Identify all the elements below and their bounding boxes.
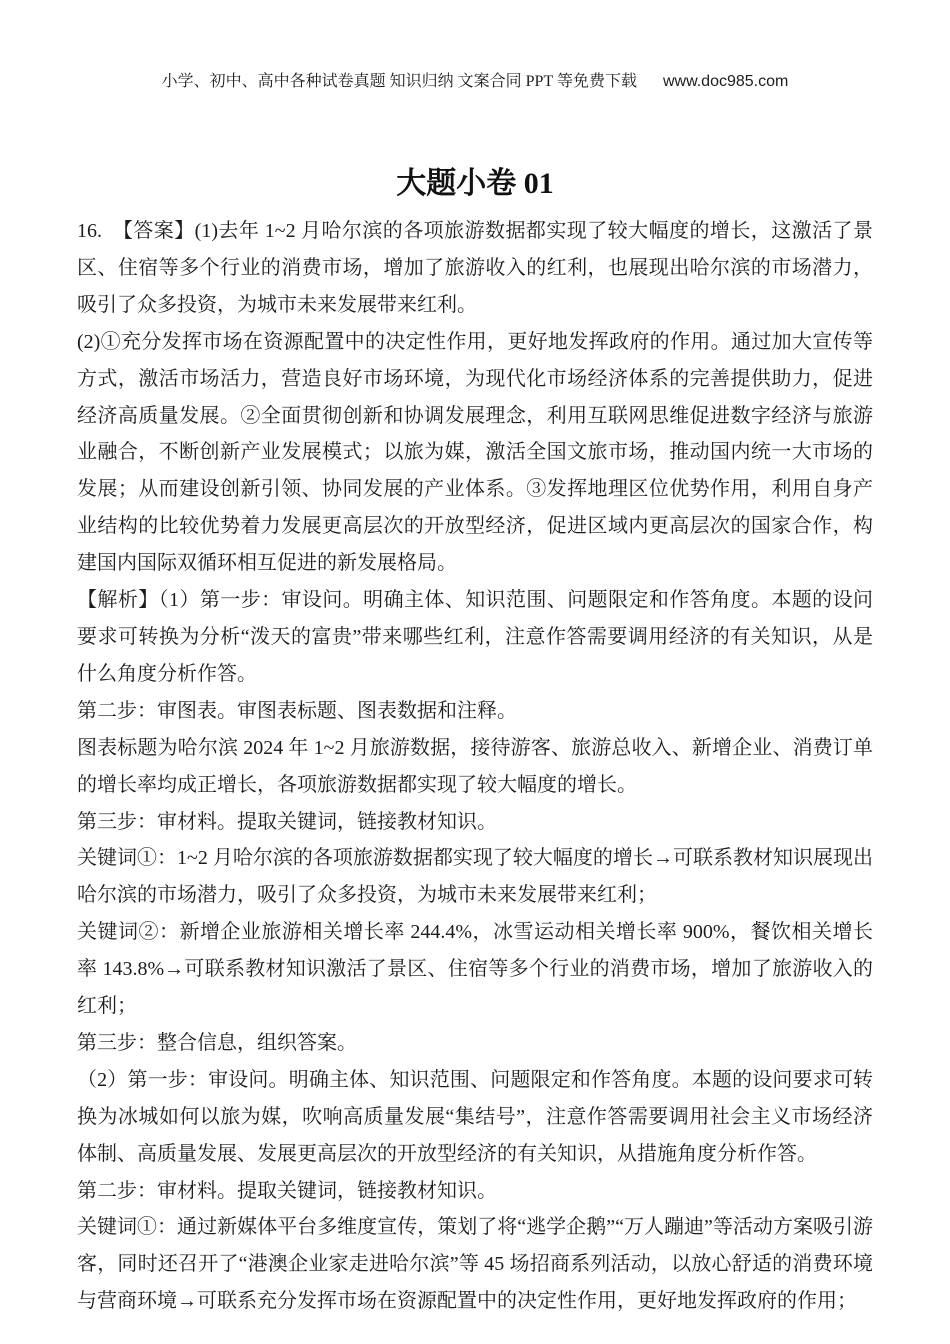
analysis-paragraph: 第三步：整合信息，组织答案。: [77, 1025, 873, 1062]
keyword-paragraph: 关键词①：通过新媒体平台多维度宣传，策划了将“逃学企鹅”“万人蹦迪”等活动方案吸…: [77, 1209, 873, 1320]
answer-paragraph: 16. 【答案】(1)去年 1~2 月哈尔滨的各项旅游数据都实现了较大幅度的增长…: [77, 213, 873, 324]
analysis-paragraph: 第二步：审材料。提取关键词，链接教材知识。: [77, 1173, 873, 1210]
document-body: 16. 【答案】(1)去年 1~2 月哈尔滨的各项旅游数据都实现了较大幅度的增长…: [77, 213, 873, 1320]
site-header-text: 小学、初中、高中各种试卷真题 知识归纳 文案合同 PPT 等免费下载: [162, 73, 637, 90]
keyword-paragraph: 关键词①：1~2 月哈尔滨的各项旅游数据都实现了较大幅度的增长→可联系教材知识展…: [77, 840, 873, 914]
keyword-paragraph: 关键词②：新增企业旅游相关增长率 244.4%，冰雪运动相关增长率 900%，餐…: [77, 914, 873, 1025]
analysis-paragraph: 图表标题为哈尔滨 2024 年 1~2 月旅游数据，接待游客、旅游总收入、新增企…: [77, 730, 873, 804]
answer-paragraph: (2)①充分发挥市场在资源配置中的决定性作用，更好地发挥政府的作用。通过加大宣传…: [77, 324, 873, 582]
site-header: 小学、初中、高中各种试卷真题 知识归纳 文案合同 PPT 等免费下载www.do…: [0, 68, 950, 91]
analysis-paragraph: 第二步：审图表。审图表标题、图表数据和注释。: [77, 693, 873, 730]
analysis-paragraph: 第三步：审材料。提取关键词，链接教材知识。: [77, 804, 873, 841]
document-page: 小学、初中、高中各种试卷真题 知识归纳 文案合同 PPT 等免费下载www.do…: [0, 0, 950, 1344]
analysis-paragraph: （2）第一步：审设问。明确主体、知识范围、问题限定和作答角度。本题的设问要求可转…: [77, 1062, 873, 1173]
analysis-paragraph: 【解析】（1）第一步：审设问。明确主体、知识范围、问题限定和作答角度。本题的设问…: [77, 582, 873, 693]
page-title: 大题小卷 01: [0, 158, 950, 202]
site-url: www.doc985.com: [663, 73, 788, 90]
